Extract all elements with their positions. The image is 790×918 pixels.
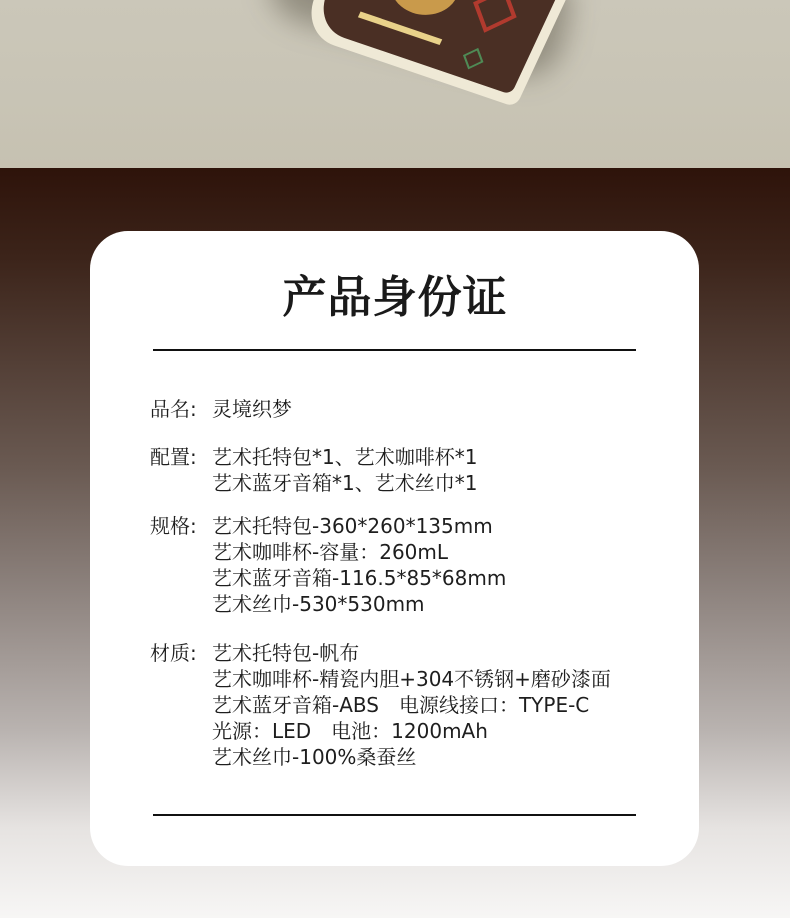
spec-material: 材质: 艺术托特包-帆布 艺术咖啡杯-精瓷内胆+304不锈钢+磨砂漆面 艺术蓝牙…: [150, 640, 611, 770]
spec-value: 艺术蓝牙音箱*1、艺术丝巾*1: [212, 470, 477, 496]
spec-label: 配置:: [150, 444, 212, 496]
spec-value: 艺术蓝牙音箱-ABS 电源线接口：TYPE-C: [212, 692, 611, 718]
spec-label: 材质:: [150, 640, 212, 770]
spec-value: 艺术托特包*1、艺术咖啡杯*1: [212, 444, 477, 470]
bottom-divider: [153, 814, 636, 816]
knot-motif: [473, 0, 517, 33]
diamond-motif: [463, 48, 484, 70]
spec-value: 艺术丝巾-530*530mm: [212, 591, 506, 617]
spec-label: 规格:: [150, 513, 212, 617]
spec-value: 艺术咖啡杯-精瓷内胆+304不锈钢+磨砂漆面: [212, 666, 611, 692]
spec-dimensions: 规格: 艺术托特包-360*260*135mm 艺术咖啡杯-容量：260mL 艺…: [150, 513, 506, 617]
spec-value: 灵境织梦: [212, 396, 292, 422]
spec-configuration: 配置: 艺术托特包*1、艺术咖啡杯*1 艺术蓝牙音箱*1、艺术丝巾*1: [150, 444, 477, 496]
spec-value: 艺术咖啡杯-容量：260mL: [212, 539, 506, 565]
medallion-motif: [381, 0, 469, 24]
spec-value: 艺术托特包-帆布: [212, 640, 611, 666]
title-divider: [153, 349, 636, 351]
spec-value: 艺术丝巾-100%桑蚕丝: [212, 744, 611, 770]
spec-name: 品名: 灵境织梦: [150, 396, 292, 422]
hero-photo: [0, 0, 790, 168]
spec-label: 品名:: [150, 396, 212, 422]
spec-value: 艺术蓝牙音箱-116.5*85*68mm: [212, 565, 506, 591]
spec-value: 光源：LED 电池：1200mAh: [212, 718, 611, 744]
spec-value: 艺术托特包-360*260*135mm: [212, 513, 506, 539]
card-title: 产品身份证: [0, 268, 790, 328]
stitch-motif: [358, 12, 442, 46]
